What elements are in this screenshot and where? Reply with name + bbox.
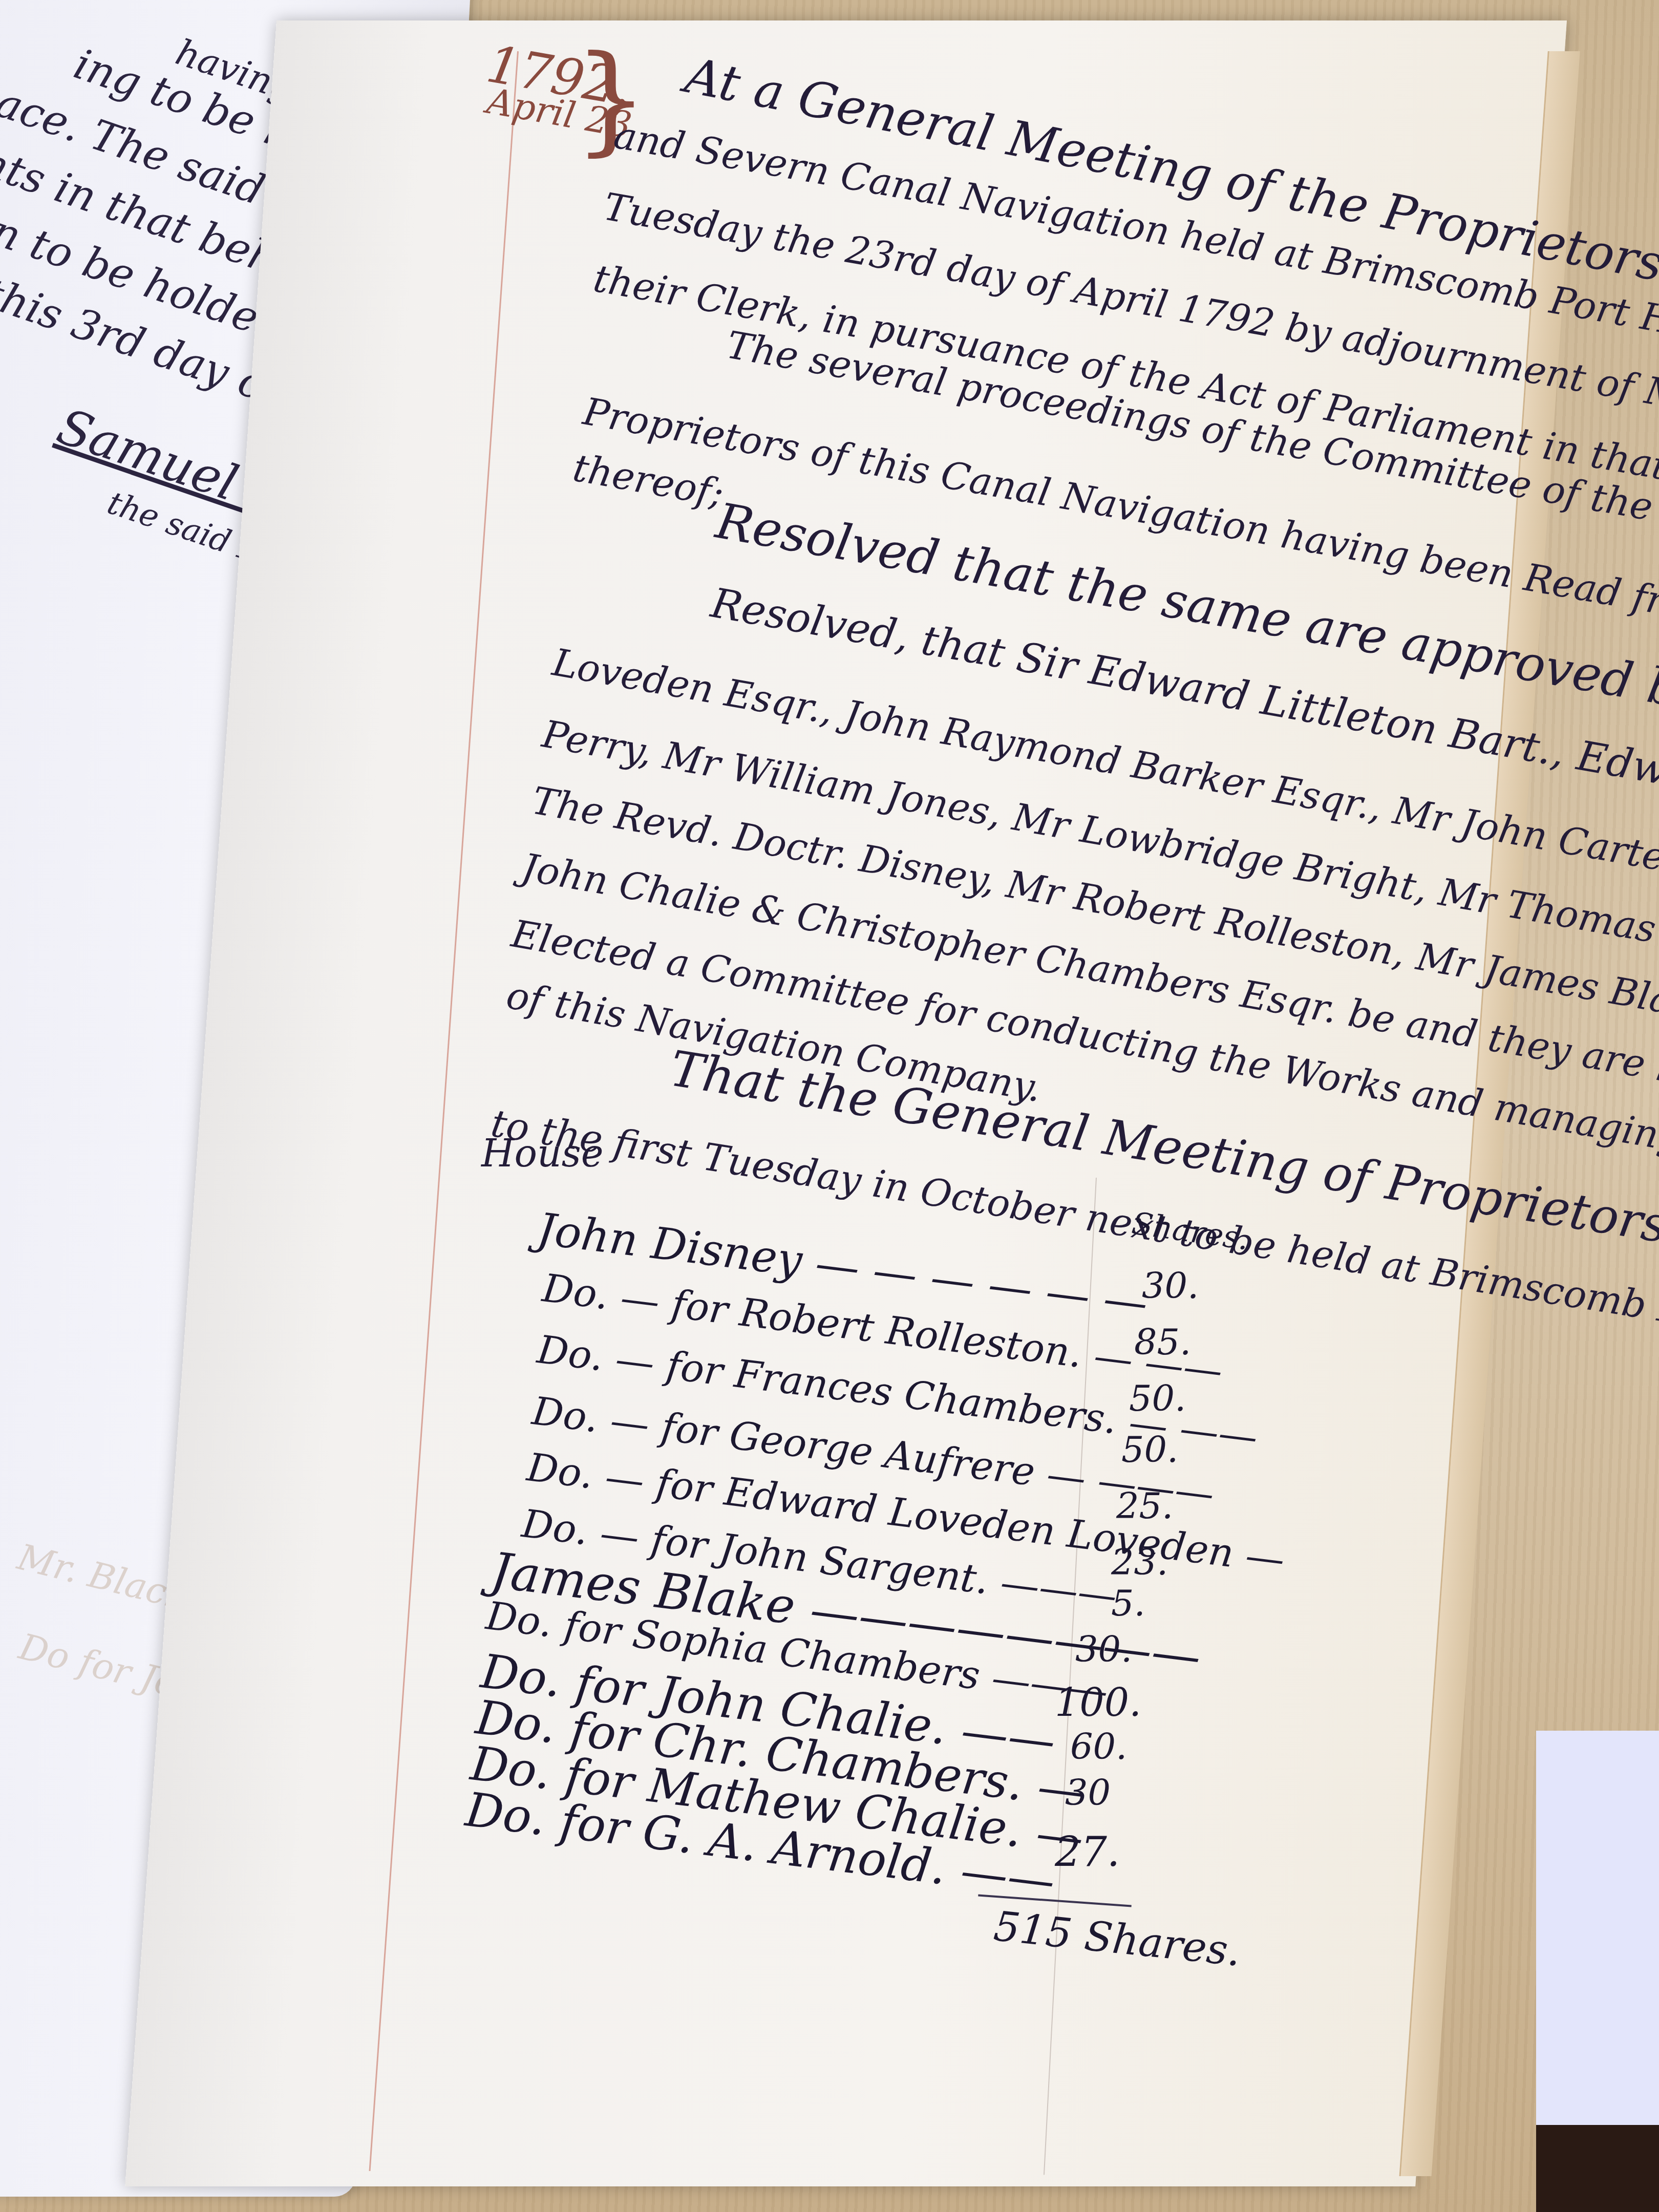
resolution-adjourn-line: House [481,1132,604,1176]
attendee-shares: 85. [1134,1321,1191,1363]
attendee-shares: 50. [1129,1377,1186,1419]
attendee-shares: 5. [1111,1582,1145,1624]
attendee-shares: 50. [1121,1429,1178,1471]
total-shares: 515 Shares. [991,1902,1243,1975]
attendee-shares: 30 [1065,1772,1111,1814]
attendee-shares: 100. [1055,1679,1141,1725]
attendee-shares: 60. [1070,1726,1127,1768]
attendee-shares: 27. [1055,1828,1120,1876]
attendee-shares: 30. [1075,1628,1132,1670]
minutes-line: thereof; [570,446,728,516]
minutes-text: 1792. April 23 } At a General Meeting of… [0,0,1659,2212]
shares-column-header: Shares. [1130,1205,1251,1257]
attendee-shares: 30. [1142,1265,1199,1307]
attendee-shares: 25. [1116,1485,1173,1527]
attendee-shares: 23. [1111,1541,1168,1583]
